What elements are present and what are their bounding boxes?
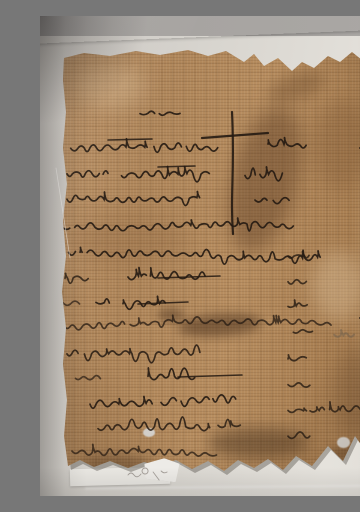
papyrus-photograph: Photograph of a torn rectangular papyrus…	[40, 16, 360, 496]
overlay-detail	[56, 168, 70, 258]
overlay-details-svg	[40, 16, 360, 496]
overlay-detail	[128, 468, 167, 480]
